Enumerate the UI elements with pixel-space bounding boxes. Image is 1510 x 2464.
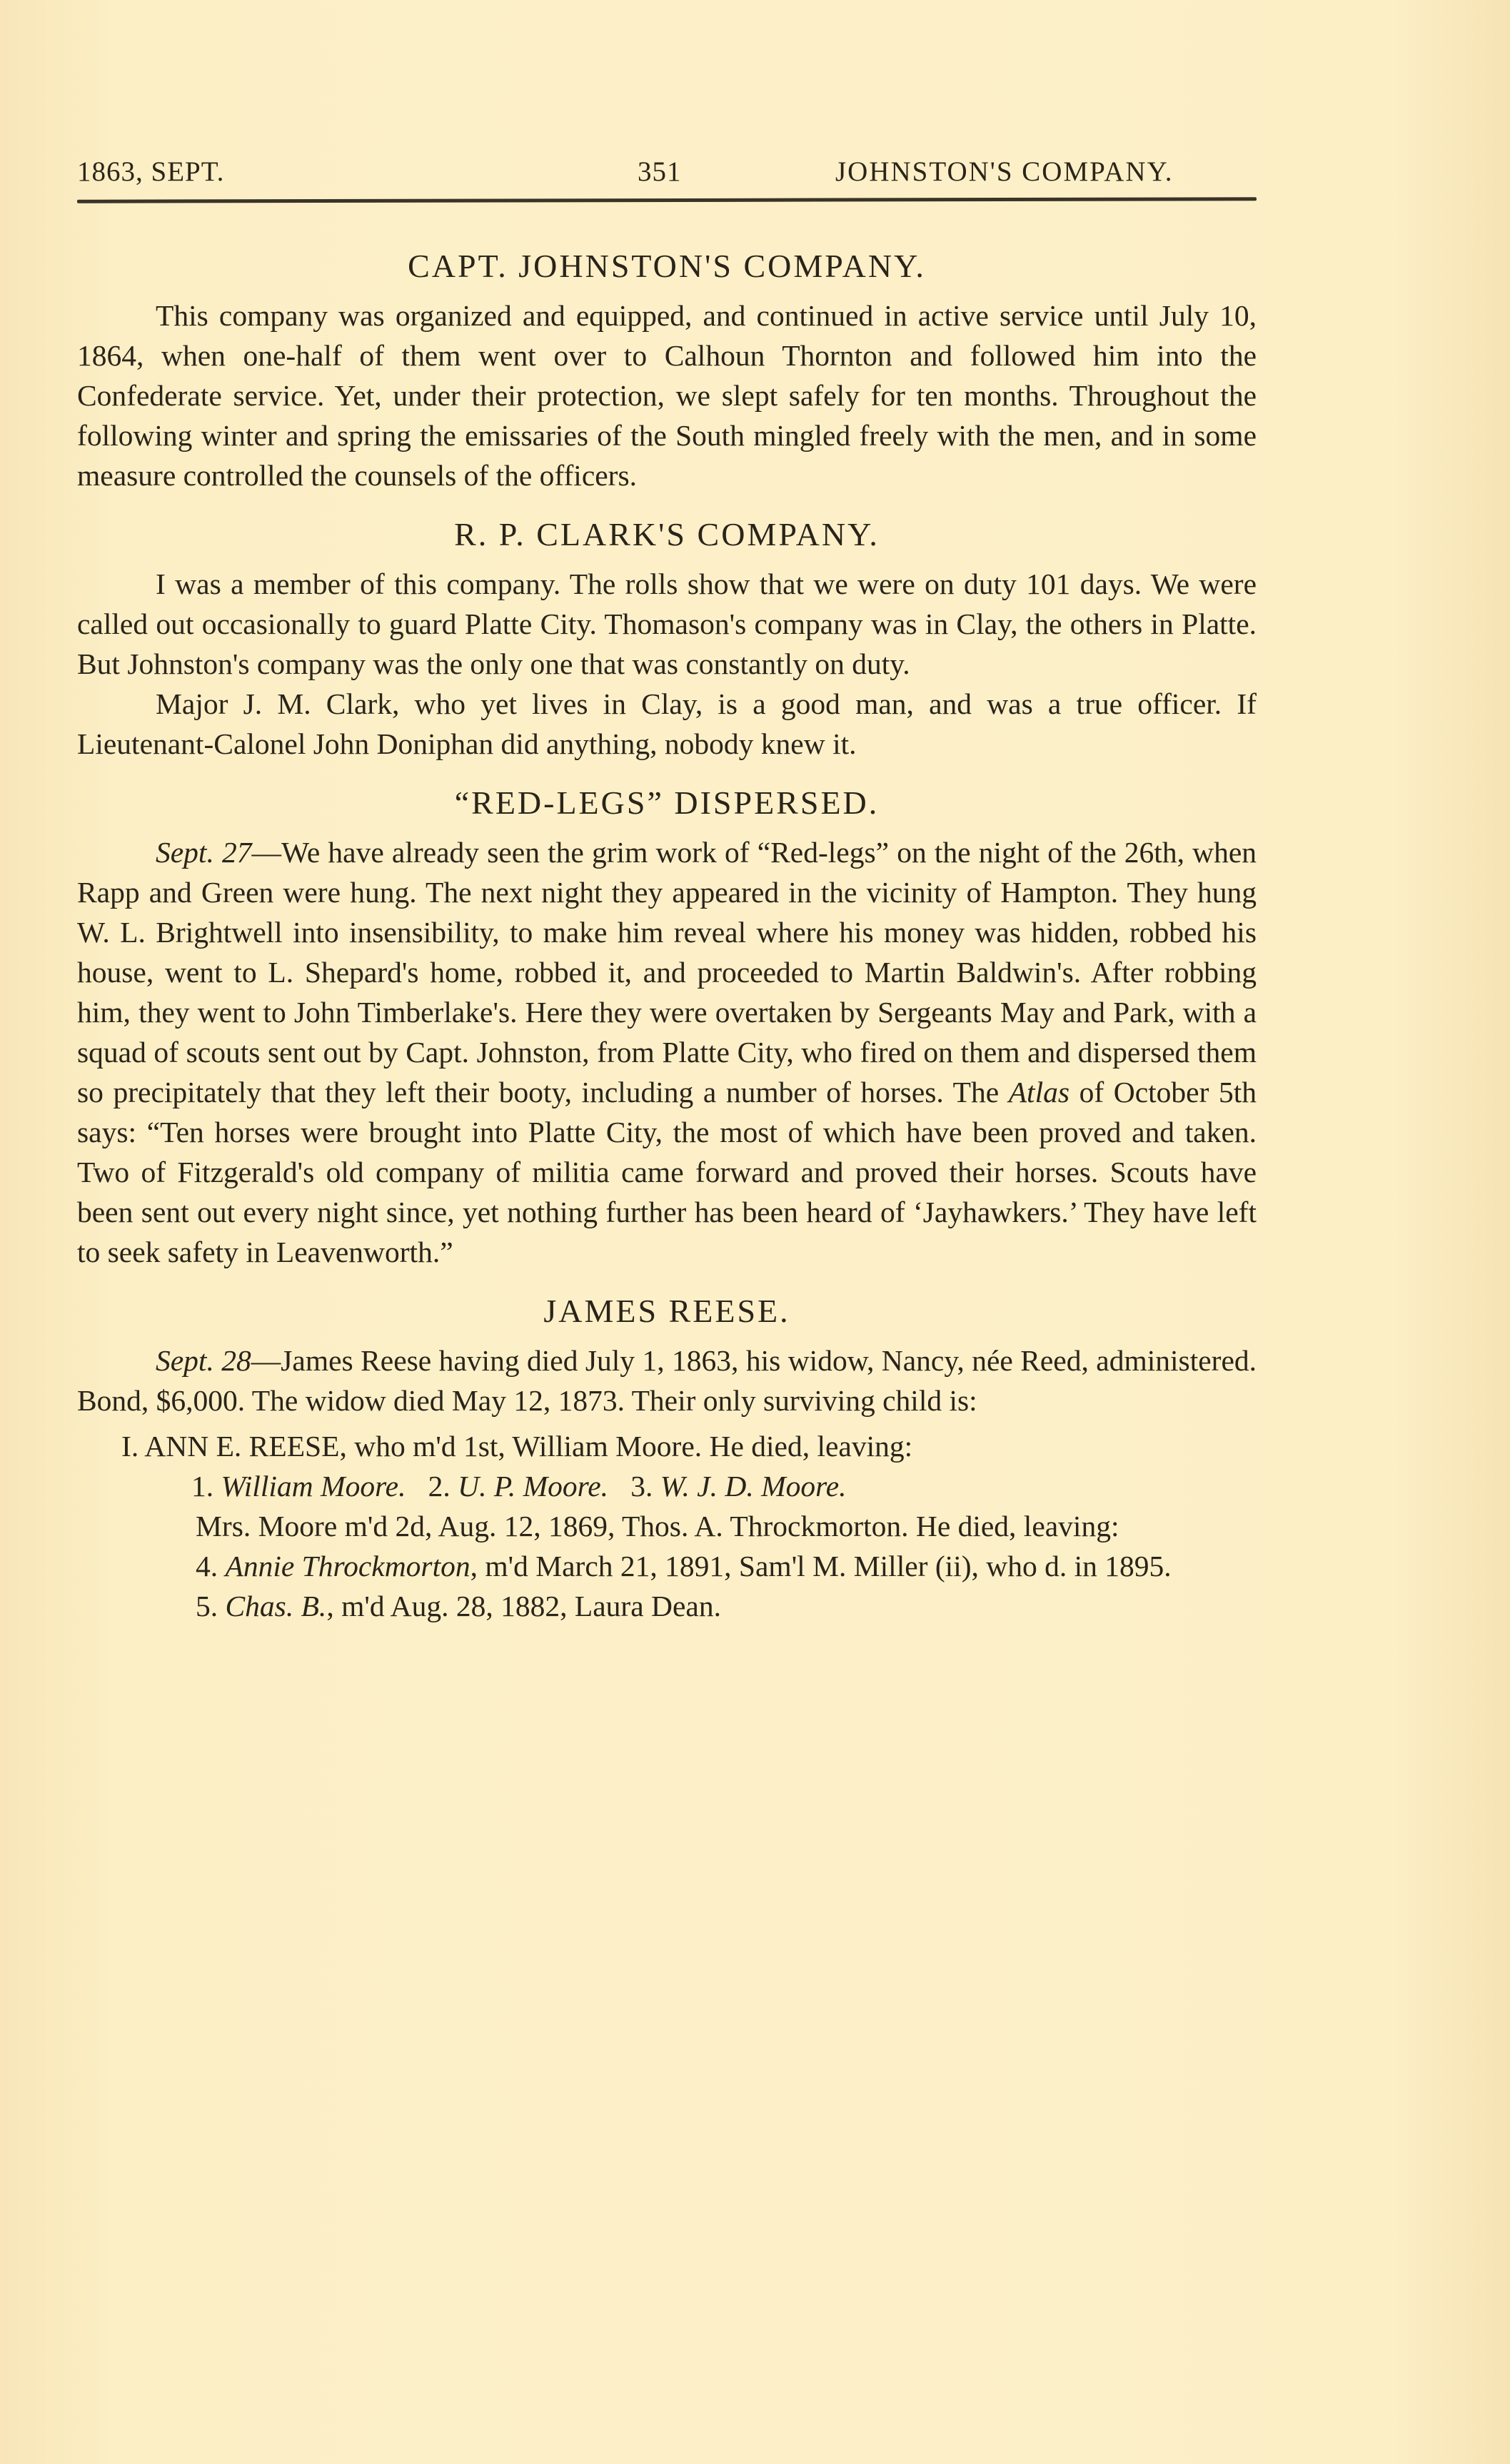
section-heading-clarks-company: R. P. CLARK'S COMPANY.: [77, 511, 1257, 558]
child-num: 5.: [196, 1590, 218, 1622]
child-name: U. P. Moore.: [458, 1470, 608, 1503]
section-heading-johnstons-company: CAPT. JOHNSTON'S COMPANY.: [77, 243, 1257, 290]
running-head: 1863, SEPT. 351 JOHNSTON'S COMPANY.: [77, 156, 1257, 206]
header-rule: [77, 197, 1257, 203]
genealogy-text: Mrs. Moore m'd 2d, Aug. 12, 1869, Thos. …: [196, 1510, 1119, 1542]
child-name: William Moore.: [221, 1470, 406, 1503]
paragraph-red-legs: Sept. 27—We have already seen the grim w…: [77, 832, 1257, 1272]
genealogy-child-4: 4. Annie Throckmorton, m'd March 21, 189…: [77, 1546, 1257, 1586]
genealogy-text: , who m'd 1st, William Moore. He died, l…: [340, 1430, 913, 1463]
paragraph-text: —James Reese having died July 1, 1863, h…: [77, 1344, 1257, 1417]
section-heading-james-reese: JAMES REESE.: [77, 1288, 1257, 1335]
paragraph: Major J. M. Clark, who yet lives in Clay…: [77, 684, 1257, 764]
paragraph-james-reese: Sept. 28—James Reese having died July 1,…: [77, 1340, 1257, 1420]
running-head-date: 1863, SEPT.: [77, 156, 224, 188]
genealogy-text: , m'd Aug. 28, 1882, Laura Dean.: [326, 1590, 721, 1622]
genealogy-children-row: 1. William Moore. 2. U. P. Moore. 3. W. …: [77, 1466, 1257, 1506]
page-body: CAPT. JOHNSTON'S COMPANY. This company w…: [77, 243, 1257, 1626]
child-num: 3.: [630, 1470, 653, 1503]
child-num: 1.: [191, 1470, 213, 1503]
child-name: W. J. D. Moore.: [660, 1470, 847, 1503]
genealogy-item-1: I. ANN E. REESE, who m'd 1st, William Mo…: [121, 1426, 1257, 1466]
entry-date: Sept. 28: [156, 1344, 251, 1377]
child-num: 2.: [428, 1470, 451, 1503]
running-head-title: JOHNSTON'S COMPANY.: [835, 156, 1173, 188]
section-heading-red-legs-dispersed: “RED-LEGS” DISPERSED.: [77, 779, 1257, 827]
genealogy-second-marriage: Mrs. Moore m'd 2d, Aug. 12, 1869, Thos. …: [77, 1506, 1257, 1546]
entry-date: Sept. 27: [156, 836, 252, 869]
genealogy-text: , m'd March 21, 1891, Sam'l M. Miller (i…: [470, 1550, 1172, 1582]
paragraph: This company was organized and equipped,…: [77, 296, 1257, 495]
genealogy-name: ANN E. REESE: [144, 1430, 339, 1463]
book-page: 1863, SEPT. 351 JOHNSTON'S COMPANY. CAPT…: [0, 0, 1510, 2464]
child-name: Chas. B.: [226, 1590, 327, 1622]
child-num: 4.: [196, 1550, 218, 1582]
paragraph-text: —We have already seen the grim work of “…: [77, 836, 1257, 1109]
newspaper-title: Atlas: [1009, 1076, 1069, 1109]
genealogy-numeral: I.: [121, 1430, 139, 1463]
genealogy-child-5: 5. Chas. B., m'd Aug. 28, 1882, Laura De…: [77, 1586, 1257, 1626]
child-name: Annie Throckmorton: [226, 1550, 470, 1582]
paragraph: I was a member of this company. The roll…: [77, 564, 1257, 684]
page-number: 351: [638, 156, 682, 188]
